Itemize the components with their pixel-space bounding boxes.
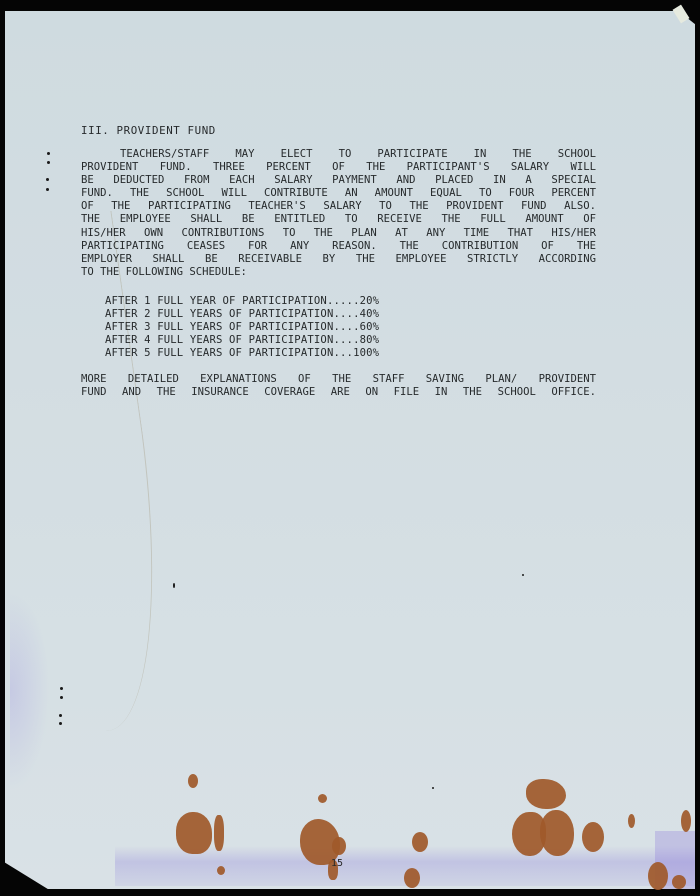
speck [432, 787, 434, 789]
margin-mark [47, 152, 50, 155]
rust-stain [217, 866, 225, 875]
margin-mark [60, 696, 63, 699]
margin-mark [59, 722, 62, 725]
schedule-row: AFTER 5 FULL YEARS OF PARTICIPATION...10… [105, 347, 379, 360]
rust-stain [582, 822, 604, 852]
rust-stain [188, 774, 198, 788]
margin-mark [59, 714, 62, 717]
paragraph-line: FUND. THE SCHOOL WILL CONTRIBUTE AN AMOU… [81, 187, 596, 200]
rust-stain [214, 815, 224, 851]
schedule-row: AFTER 3 FULL YEARS OF PARTICIPATION....6… [105, 321, 379, 334]
rust-stain [648, 862, 668, 890]
closing-line: MORE DETAILED EXPLANATIONS OF THE STAFF … [81, 373, 596, 386]
paragraph-line: PROVIDENT FUND. THREE PERCENT OF THE PAR… [81, 161, 596, 174]
vesting-schedule: AFTER 1 FULL YEAR OF PARTICIPATION.....2… [105, 295, 379, 360]
margin-mark [46, 178, 49, 181]
rust-stain [526, 779, 566, 809]
schedule-row: AFTER 4 FULL YEARS OF PARTICIPATION....8… [105, 334, 379, 347]
margin-mark [47, 161, 50, 164]
section-heading: III. PROVIDENT FUND [81, 124, 216, 137]
provident-fund-paragraph: TEACHERS/STAFF MAY ELECT TO PARTICIPATE … [81, 148, 596, 279]
speck [522, 574, 524, 576]
page-number: 15 [331, 858, 343, 869]
closing-line: FUND AND THE INSURANCE COVERAGE ARE ON F… [81, 386, 596, 399]
rust-stain [681, 810, 691, 832]
margin-mark [46, 188, 49, 191]
rust-stain [412, 832, 428, 852]
rust-stain [404, 868, 420, 888]
document-page [5, 11, 695, 889]
rust-stain [176, 812, 212, 854]
margin-mark [60, 687, 63, 690]
paragraph-line: BE DEDUCTED FROM EACH SALARY PAYMENT AND… [81, 174, 596, 187]
closing-paragraph: MORE DETAILED EXPLANATIONS OF THE STAFF … [81, 373, 596, 399]
paragraph-line: TO THE FOLLOWING SCHEDULE: [81, 266, 596, 279]
schedule-row: AFTER 2 FULL YEARS OF PARTICIPATION....4… [105, 308, 379, 321]
paragraph-line: TEACHERS/STAFF MAY ELECT TO PARTICIPATE … [81, 148, 596, 161]
rust-stain [332, 837, 346, 855]
paragraph-line: OF THE PARTICIPATING TEACHER'S SALARY TO… [81, 200, 596, 213]
paragraph-line: EMPLOYER SHALL BE RECEIVABLE BY THE EMPL… [81, 253, 596, 266]
rust-stain [318, 794, 327, 803]
rust-stain [672, 875, 686, 889]
paragraph-line: HIS/HER OWN CONTRIBUTIONS TO THE PLAN AT… [81, 227, 596, 240]
paragraph-line: THE EMPLOYEE SHALL BE ENTITLED TO RECEIV… [81, 213, 596, 226]
paragraph-line: PARTICIPATING CEASES FOR ANY REASON. THE… [81, 240, 596, 253]
rust-stain [628, 814, 635, 828]
schedule-row: AFTER 1 FULL YEAR OF PARTICIPATION.....2… [105, 295, 379, 308]
rust-stain [540, 810, 574, 856]
speck [173, 583, 175, 588]
